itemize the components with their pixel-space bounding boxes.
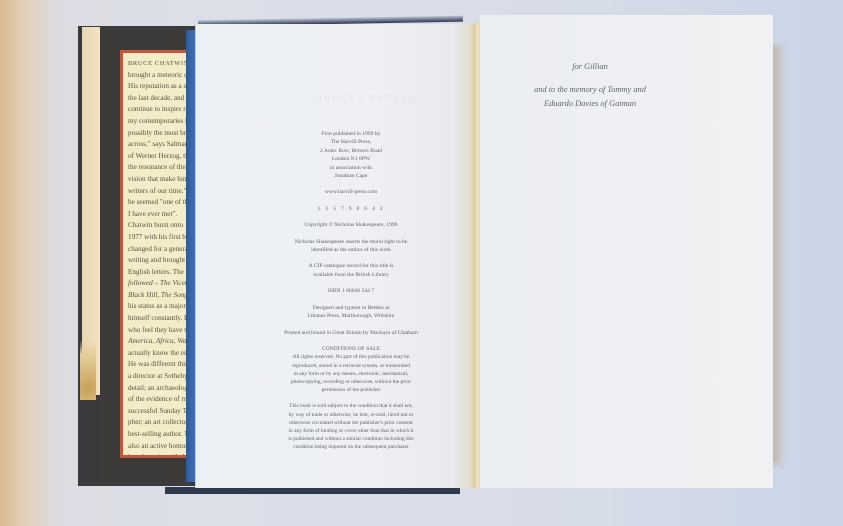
conditions-line: permission of the publisher: [261, 386, 441, 394]
typeset-line: Libanus Press, Marlborough, Wiltshire: [261, 312, 441, 320]
jacket-blurb-line: changed for a generation: [128, 244, 192, 256]
publication-details: First published in 1999 byThe Harvill Pr…: [261, 130, 441, 180]
jacket-blurb-line: best-selling author. Man: [128, 429, 192, 441]
jacket-blurb-line: detail; an archaeologist: [128, 383, 192, 395]
jacket-blurb-line: followed – The Viceroy: [128, 278, 192, 290]
conditions-line: All rights reserved. No part of this pub…: [261, 353, 441, 361]
publication-line: London N1 0PW: [261, 155, 441, 163]
jacket-blurb-line: be seemed "one of the mo: [128, 197, 192, 209]
jacket-blurb-line: 1977 with his first book: [128, 232, 192, 244]
dedication-line-1: for Gillian: [480, 60, 700, 74]
conditions-sale: This book is sold subject to the conditi…: [261, 402, 441, 451]
copyright-imprint: First published in 1999 byThe Harvill Pr…: [261, 130, 441, 452]
jacket-blurb-line: of Werner Herzog, the s: [128, 151, 192, 163]
jacket-blurb-line: Black Hill, The Songline: [128, 290, 192, 302]
jacket-blurb-line: possibly the most brilli: [128, 128, 192, 140]
show-through-text: BRUCE CHATWIN: [316, 94, 416, 104]
cip-line: available from the British Library: [261, 271, 441, 279]
jacket-blurb-line: pher; an art collector, a: [128, 417, 192, 429]
dedication-line-3: Eduardo Davies of Gaiman: [480, 97, 700, 111]
copyright-page: BRUCE CHATWIN First published in 1999 by…: [196, 24, 476, 488]
jacket-blurb-line: his status as a major: [128, 301, 192, 313]
jacket-blurb-line: loved to mix with the e: [128, 452, 192, 458]
typeset-notice: Designed and typeset in Bembo atLibanus …: [261, 304, 441, 321]
moral-rights-notice: Nicholas Shakespeare asserts the moral r…: [261, 238, 441, 255]
jacket-blurb-line: across," says Salman Rush: [128, 139, 192, 151]
moral-rights-line: identified as the author of this work: [261, 246, 441, 254]
jacket-blurb-line: successful Sunday Times: [128, 406, 192, 418]
jacket-stain: [80, 340, 96, 400]
jacket-blurb-line: himself constantly. But: [128, 313, 192, 325]
jacket-blurb-panel: BRUCE CHATWIN's dbrought a meteoric carH…: [120, 50, 192, 458]
jacket-blurb-line: His reputation as a stor: [128, 81, 192, 93]
conditions-line: condition being imposed on the subsequen…: [261, 443, 441, 451]
cover-board-bottom-edge: [165, 487, 460, 494]
publication-line: The Harvill Press,: [261, 138, 441, 146]
jacket-blurb-line: I have ever met".: [128, 209, 192, 221]
conditions-line: in any form or by any means, electronic,…: [261, 370, 441, 378]
jacket-blurb-line: writing and brought a: [128, 255, 192, 267]
jacket-blurb-line: BRUCE CHATWIN's d: [128, 58, 192, 70]
conditions-line: is published and without a similar condi…: [261, 435, 441, 443]
cip-line: A CIP catalogue record for this title is: [261, 262, 441, 270]
publication-line: Jonathan Cape: [261, 172, 441, 180]
jacket-blurb-line: the resonance of the voic: [128, 162, 192, 174]
dedication-page: for Gillian and to the memory of Tommy a…: [480, 15, 773, 488]
jacket-blurb-line: He was different thin: [128, 359, 192, 371]
moral-rights-line: Nicholas Shakespeare asserts the moral r…: [261, 238, 441, 246]
publication-line: 2 Aztec Row, Berners Road: [261, 147, 441, 155]
jacket-blurb-line: writers of our time." And: [128, 186, 192, 198]
conditions-line: This book is sold subject to the conditi…: [261, 402, 441, 410]
jacket-blurb-line: English letters. The unu: [128, 267, 192, 279]
dedication-line-2: and to the memory of Tommy and: [480, 83, 700, 97]
printer-notice: Printed and bound in Great Britain by Ma…: [261, 329, 441, 337]
printing-line: 1 3 5 7 9 8 6 4 2: [261, 205, 441, 213]
conditions-rights: All rights reserved. No part of this pub…: [261, 353, 441, 394]
conditions-line: otherwise circulated without the publish…: [261, 419, 441, 427]
publication-line: in association with: [261, 164, 441, 172]
jacket-blurb-line: brought a meteoric car: [128, 70, 192, 82]
book-gutter: [474, 22, 480, 488]
jacket-blurb-line: vision that make him: [128, 174, 192, 186]
jacket-blurb-line: continue to inspire reade: [128, 104, 192, 116]
jacket-blurb-line: who feel they have trave: [128, 325, 192, 337]
jacket-blurb-line: a director at Sotheby's a: [128, 371, 192, 383]
typeset-line: Designed and typeset in Bembo at: [261, 304, 441, 312]
jacket-blurb-line: America, Africa, Wales: [128, 336, 192, 348]
jacket-blurb-line: actually know the real: [128, 348, 192, 360]
conditions-line: photocopying, recording or otherwise, wi…: [261, 378, 441, 386]
conditions-line: reproduced, stored in a retrieval system…: [261, 362, 441, 370]
jacket-blurb-line: Chatwin burst onto: [128, 220, 192, 232]
conditions-heading: CONDITIONS OF SALE: [261, 345, 441, 353]
jacket-blurb-line: my contemporaries he ha: [128, 116, 192, 128]
publisher-website: www.harvill-press.com: [261, 188, 441, 196]
jacket-blurb-line: of the evidence of man: [128, 394, 192, 406]
dedication: for Gillian and to the memory of Tommy a…: [480, 60, 700, 111]
copyright-notice: Copyright © Nicholas Shakespeare, 1999: [261, 221, 441, 229]
isbn: ISBN 1 86046 544 7: [261, 287, 441, 295]
endpaper-edge: [186, 30, 196, 482]
book-photo: BRUCE CHATWIN's dbrought a meteoric carH…: [0, 0, 843, 526]
conditions-line: in any form of binding or cover other th…: [261, 427, 441, 435]
jacket-blurb-line: the last decade, and his: [128, 93, 192, 105]
jacket-blurb-line: also an active homose: [128, 441, 192, 453]
cip-notice: A CIP catalogue record for this title is…: [261, 262, 441, 279]
conditions-line: by way of trade or otherwise, be lent, r…: [261, 411, 441, 419]
jacket-blurb-text: BRUCE CHATWIN's dbrought a meteoric carH…: [128, 58, 192, 458]
publication-line: First published in 1999 by: [261, 130, 441, 138]
